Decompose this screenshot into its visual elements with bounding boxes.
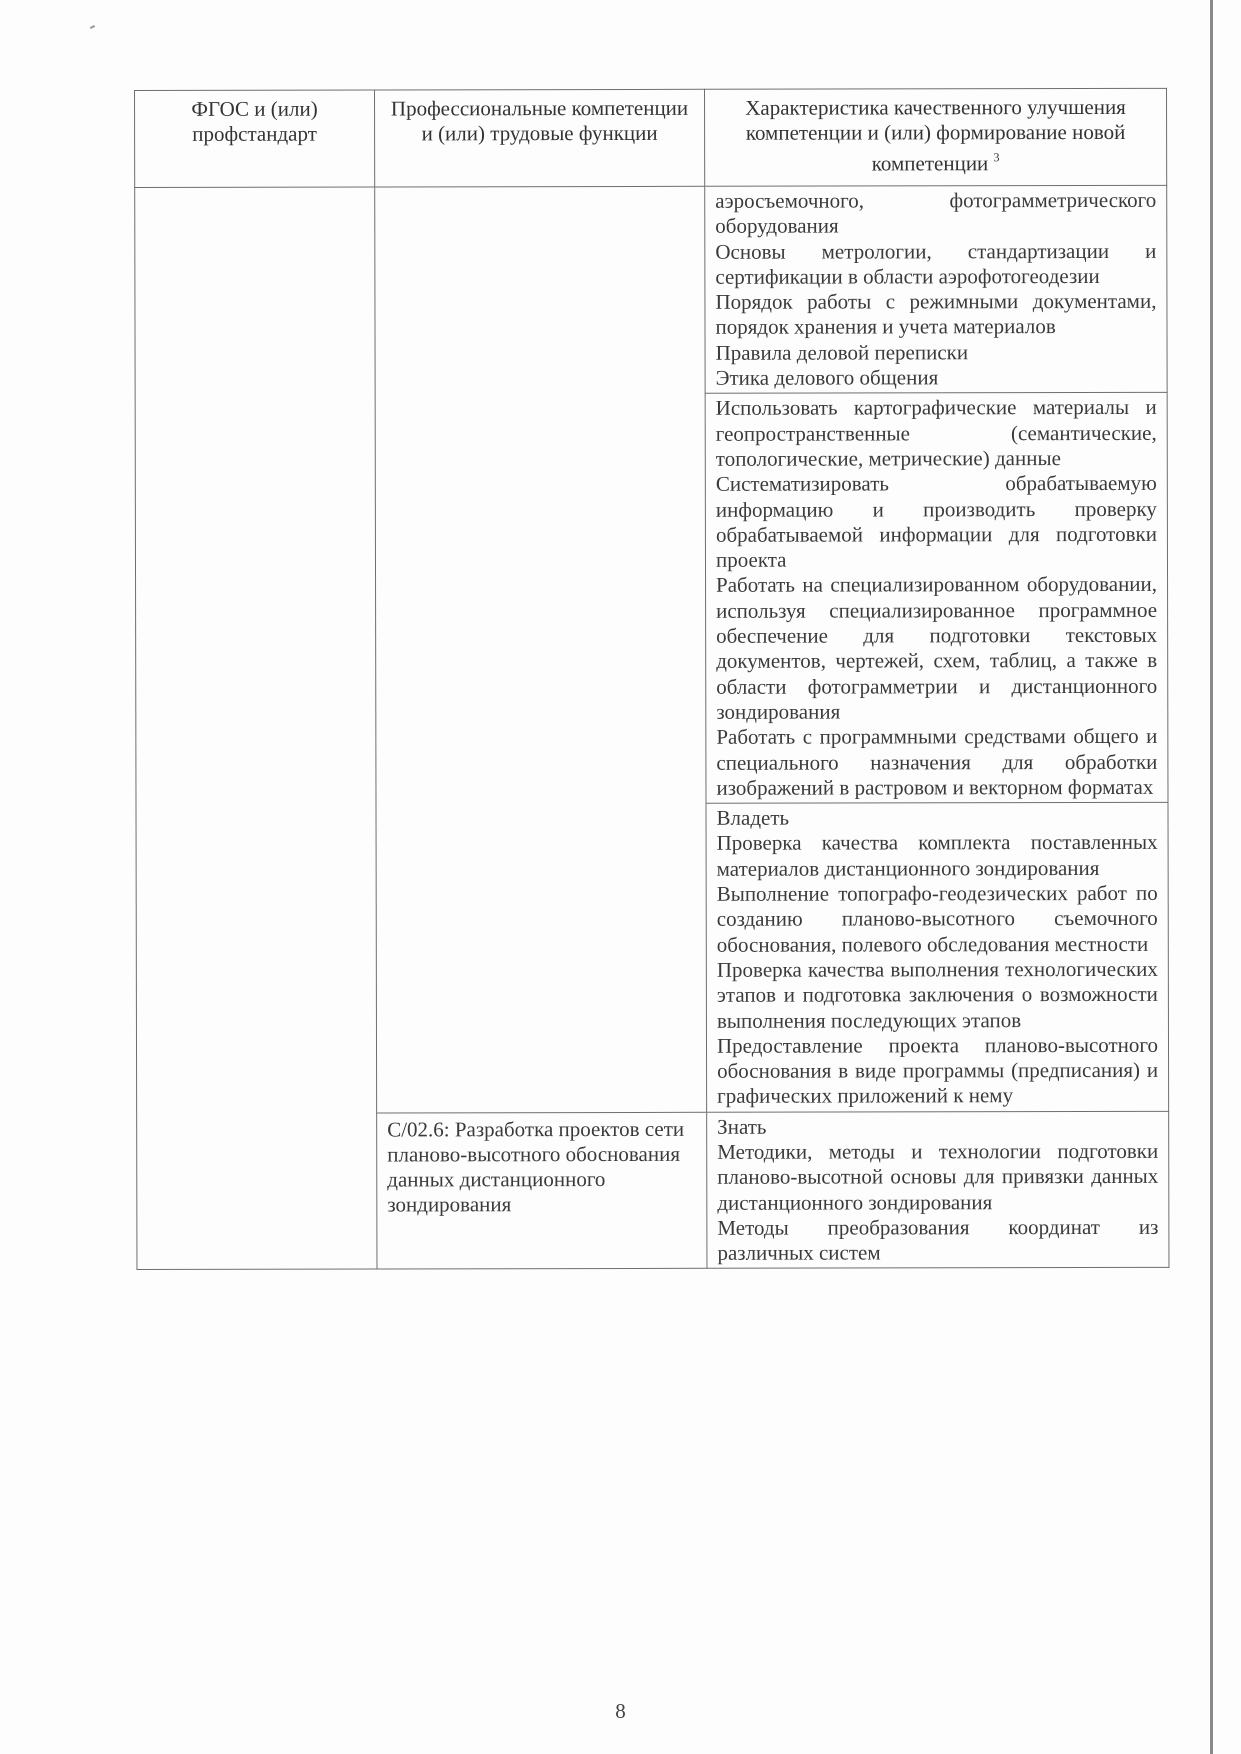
characteristic-item: аэросъемочного, фотограмметрического обо… [715, 188, 1156, 240]
function-text: С/02.6: Разработка проектов сети планово… [377, 1112, 706, 1221]
characteristic-item: Предоставление проекта планово-высотного… [717, 1033, 1158, 1110]
characteristic-item: Владеть [717, 805, 1158, 831]
header-competencies-text: Профессиональные компетенции и (или) тру… [391, 96, 688, 146]
function-cell-c02-6: С/02.6: Разработка проектов сети планово… [377, 1112, 707, 1269]
characteristic-cell-abilities: Владеть Проверка качества комплекта пост… [706, 802, 1169, 1112]
characteristic-item: Этика делового общения [716, 365, 1157, 391]
characteristic-cell-knowledge: Знать Методики, методы и технологии подг… [707, 1111, 1169, 1269]
characteristic-item: Основы метрологии, стандартизации и серт… [715, 238, 1156, 290]
competency-table: ФГОС и (или) профстандарт Профессиональн… [134, 88, 1169, 1271]
header-characteristic: Характеристика качественного улучшения к… [704, 88, 1166, 186]
footnote-marker: 3 [994, 150, 1000, 164]
page-number: 8 [0, 1699, 1241, 1724]
characteristic-item: Проверка качества комплекта поставленных… [717, 830, 1158, 882]
characteristic-cell-skills: Использовать картографические материалы … [705, 393, 1168, 804]
characteristic-cell-knowledge-cont: аэросъемочного, фотограмметрического обо… [705, 185, 1167, 393]
characteristic-item: Правила деловой переписки [716, 340, 1157, 366]
header-standard-text: ФГОС и (или) профстандарт [191, 97, 317, 146]
characteristic-item: Работать на специализированном оборудова… [716, 572, 1157, 725]
characteristic-item: Работать с программными средствами общег… [716, 724, 1157, 801]
characteristic-item: Порядок работы с режимными документами, … [715, 289, 1156, 341]
characteristic-item: Систематизировать обрабатываемую информа… [716, 471, 1157, 573]
characteristic-item: Выполнение топографо-геодезических работ… [717, 881, 1158, 958]
characteristic-item: Использовать картографические материалы … [716, 395, 1157, 472]
characteristic-item: Проверка качества выполнения технологиче… [717, 957, 1158, 1034]
scan-speck [90, 25, 95, 29]
table-header-row: ФГОС и (или) профстандарт Профессиональн… [135, 88, 1167, 187]
table-row: аэросъемочного, фотограмметрического обо… [135, 185, 1167, 395]
function-cell [375, 186, 707, 1112]
scan-edge-line [1210, 0, 1213, 1754]
header-competencies: Профессиональные компетенции и (или) тру… [375, 89, 705, 187]
standard-cell [135, 187, 377, 1270]
characteristic-item: Методы преобразования координат из разли… [717, 1215, 1158, 1267]
characteristic-item: Знать [717, 1114, 1158, 1140]
header-standard: ФГОС и (или) профстандарт [135, 90, 375, 188]
header-characteristic-text: Характеристика качественного улучшения к… [745, 95, 1126, 176]
characteristic-item: Методики, методы и технологии подготовки… [717, 1139, 1158, 1216]
